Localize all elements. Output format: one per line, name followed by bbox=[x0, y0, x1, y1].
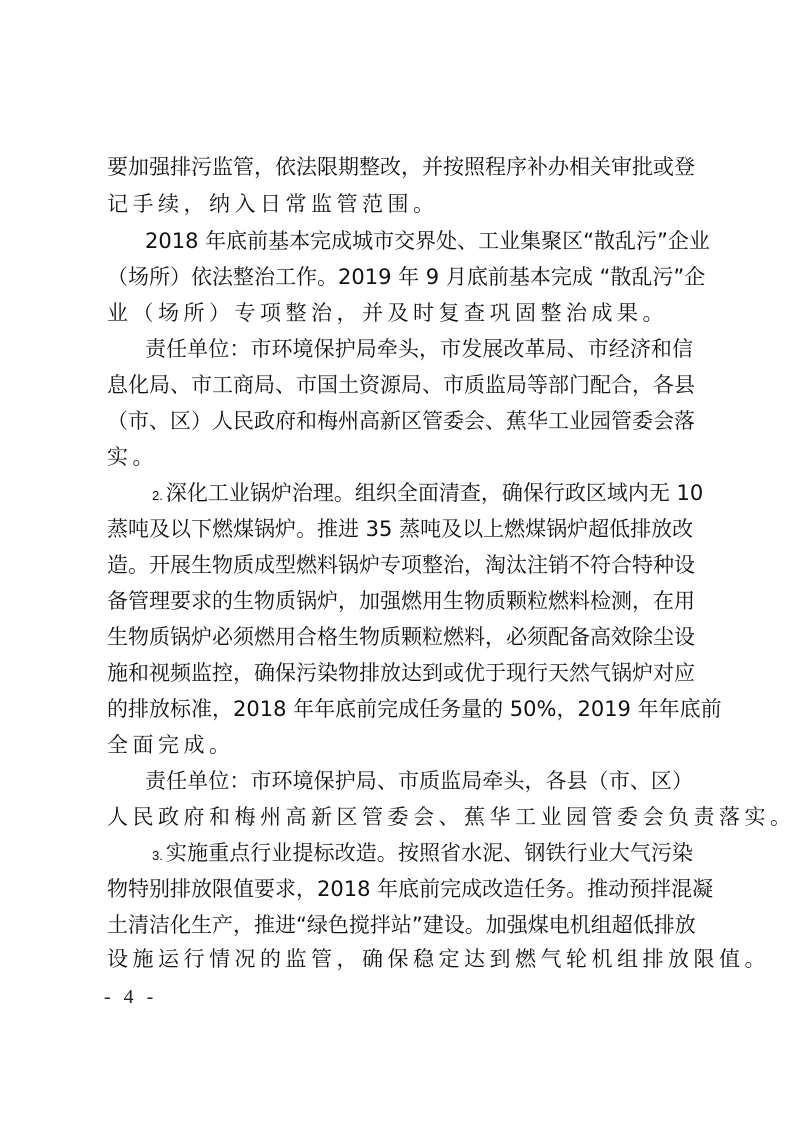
paragraph-4-line-3: 造。开展生物质成型燃料锅炉专项整治，淘汰注销不符合特种设 bbox=[107, 550, 693, 580]
paragraph-6-line-2: 物特别排放限值要求，2018 年底前完成改造任务。推动预拌混凝 bbox=[107, 874, 693, 904]
document-page: 要加强排污监管，依法限期整改，并按照程序补办相关审批或登 记手续，纳入日常监管范… bbox=[0, 0, 793, 1122]
paragraph-4-line-1: 2.深化工业锅炉治理。组织全面清查，确保行政区域内无 10 bbox=[152, 478, 693, 508]
paragraph-1-line-1: 要加强排污监管，依法限期整改，并按照程序补办相关审批或登 bbox=[107, 152, 693, 182]
paragraph-2-line-2: （场所）依法整治工作。2019 年 9 月底前基本完成 “散乱污”企 bbox=[107, 262, 693, 292]
paragraph-4-line-2: 蒸吨及以下燃煤锅炉。推进 35 蒸吨及以上燃煤锅炉超低排放改 bbox=[107, 514, 693, 544]
paragraph-6-line-1-text: 实施重点行业提标改造。按照省水泥、钢铁行业大气污染 bbox=[166, 841, 693, 865]
paragraph-3-line-3: （市、区）人民政府和梅州高新区管委会、蕉华工业园管委会落 bbox=[107, 406, 693, 436]
paragraph-2-line-3: 业（场所）专项整治，并及时复查巩固整治成果。 bbox=[107, 298, 693, 328]
paragraph-5-line-2: 人民政府和梅州高新区管委会、蕉华工业园管委会负责落实。 bbox=[107, 802, 693, 832]
paragraph-3-line-4: 实。 bbox=[107, 442, 693, 472]
paragraph-3-line-1: 责任单位：市环境保护局牵头，市发展改革局、市经济和信 bbox=[145, 334, 693, 364]
paragraph-6-line-1: 3.实施重点行业提标改造。按照省水泥、钢铁行业大气污染 bbox=[152, 838, 693, 868]
paragraph-6-line-4: 设施运行情况的监管，确保稳定达到燃气轮机组排放限值。 bbox=[107, 944, 693, 974]
paragraph-5-line-1: 责任单位：市环境保护局、市质监局牵头，各县（市、区） bbox=[145, 766, 693, 796]
paragraph-4-line-5: 生物质锅炉必须燃用合格生物质颗粒燃料，必须配备高效除尘设 bbox=[107, 622, 693, 652]
paragraph-2-line-1: 2018 年底前基本完成城市交界处、工业集聚区“散乱污”企业 bbox=[145, 226, 693, 256]
paragraph-4-line-8: 全面完成。 bbox=[107, 730, 693, 760]
paragraph-1-line-2: 记手续，纳入日常监管范围。 bbox=[107, 189, 693, 219]
paragraph-6-line-3: 土清洁化生产，推进“绿色搅拌站”建设。加强煤电机组超低排放 bbox=[107, 910, 693, 940]
paragraph-3-line-2: 息化局、市工商局、市国土资源局、市质监局等部门配合，各县 bbox=[107, 370, 693, 400]
paragraph-4-line-1-text: 深化工业锅炉治理。组织全面清查，确保行政区域内无 10 bbox=[166, 481, 703, 505]
item-number: 2. bbox=[152, 488, 163, 503]
page-number: - 4 - bbox=[104, 986, 157, 1009]
paragraph-4-line-7: 的排放标准，2018 年年底前完成任务量的 50%，2019 年年底前 bbox=[107, 694, 693, 724]
item-number: 3. bbox=[152, 848, 163, 863]
paragraph-4-line-4: 备管理要求的生物质锅炉，加强燃用生物质颗粒燃料检测，在用 bbox=[107, 586, 693, 616]
paragraph-4-line-6: 施和视频监控，确保污染物排放达到或优于现行天然气锅炉对应 bbox=[107, 658, 693, 688]
